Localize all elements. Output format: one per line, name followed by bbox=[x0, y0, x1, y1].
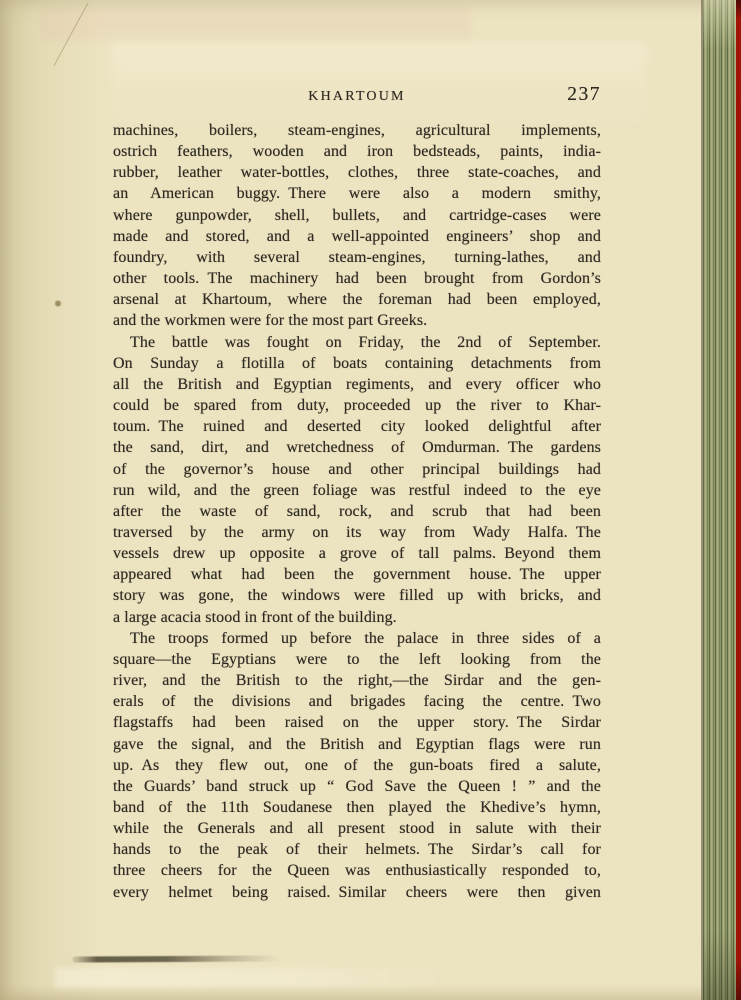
book-page-edges bbox=[703, 0, 737, 1000]
book-cover-edge bbox=[736, 0, 741, 1000]
book-scan: KHARTOUM 237 machines, boilers, steam-en… bbox=[0, 0, 741, 1000]
page-vignette bbox=[0, 0, 741, 1000]
